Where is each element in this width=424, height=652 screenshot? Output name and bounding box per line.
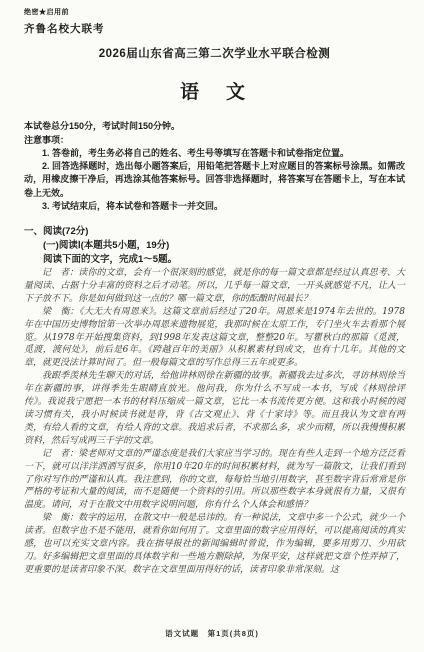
security-stamp: 绝密★启用前 bbox=[24, 7, 405, 17]
exam-title: 2026届山东省高三第二次学业水平联合检测 bbox=[24, 45, 405, 61]
subject-title: 语 文 bbox=[24, 77, 405, 104]
subsection-title-reading-1: (一)阅读Ⅰ(本题共5小题，19分) bbox=[24, 239, 405, 253]
exam-paper-page: 绝密★启用前 齐鲁名校大联考 2026届山东省高三第二次学业水平联合检测 语 文… bbox=[0, 0, 424, 652]
section-title-reading: 一、阅读(72分) bbox=[24, 225, 405, 239]
passage-paragraph-liangheng-a2: 梁 衡：数字的运用，在散文中一般是忌讳的。有一种说法，文章中多一个公式，就少一个… bbox=[24, 512, 405, 577]
passage-paragraph-liangheng-a1: 梁 衡：《大无大有周恩来》。这篇文章前后经过了20年。周恩来是1974年去世的。… bbox=[24, 306, 405, 371]
exam-summary: 本试卷总分150分，考试时间150分钟。 bbox=[24, 120, 405, 133]
notice-item-1: 1. 答卷前，考生务必将自己的姓名、考生号等填写在答题卡和试卷指定位置。 bbox=[24, 147, 405, 160]
passage-paragraph-liangheng-a1-cont: 我跟季羡林先生聊天的对话，给他讲林则徐在新疆的故事。新疆我去过多次，寻访林则徐当… bbox=[24, 370, 405, 447]
passage-paragraph-interviewer-q1: 记 者：读你的文章，会有一个很深刻的感觉，就是你的每一篇文章都是经过认真思考、大… bbox=[24, 267, 405, 306]
page-footer: 语文试题 第1页(共8页) bbox=[0, 628, 424, 639]
league-name: 齐鲁名校大联考 bbox=[24, 21, 405, 36]
passage-paragraph-interviewer-q2: 记 者：梁老师对文章的严谨态度是我们大家应当学习的。现在有些人走到一个地方泛泛看… bbox=[24, 448, 405, 513]
notice-item-3: 3. 考试结束后，将本试卷和答题卡一并交回。 bbox=[24, 200, 405, 213]
notice-heading: 注意事项： bbox=[24, 133, 405, 147]
notice-item-2: 2. 回答选择题时，选出每小题答案后，用铅笔把答题卡上对应题目的答案标号涂黑。如… bbox=[24, 160, 405, 200]
reading-passage: 记 者：读你的文章，会有一个很深刻的感觉，就是你的每一篇文章都是经过认真思考、大… bbox=[24, 267, 405, 577]
reading-instruction: 阅读下面的文字，完成1～5题。 bbox=[24, 253, 405, 267]
